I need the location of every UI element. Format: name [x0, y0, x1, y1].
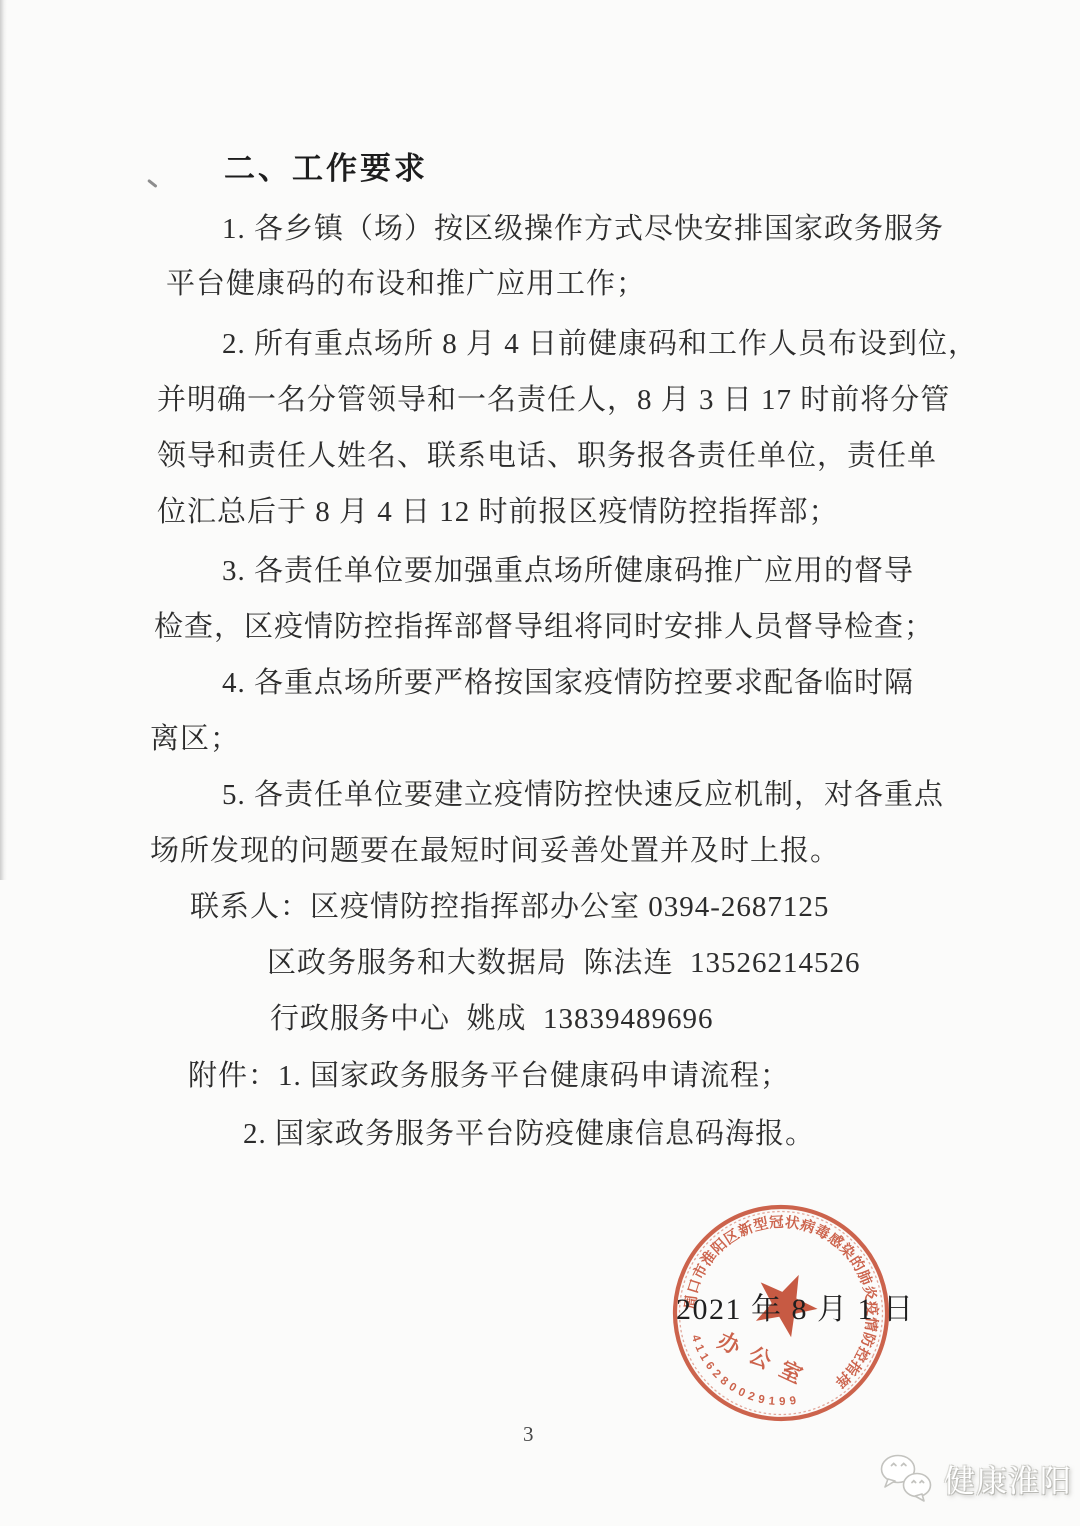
body-line: 平台健康码的布设和推广应用工作； [166, 261, 646, 302]
wechat-icon [878, 1452, 936, 1504]
section-heading: 二、工作要求 [224, 143, 428, 188]
body-line: 5. 各责任单位要建立疫情防控快速反应机制，对各重点 [222, 772, 944, 813]
scan-artifact-line [0, 0, 7, 880]
attachment-line: 附件：1. 国家政务服务平台健康码申请流程； [188, 1053, 790, 1094]
contact-line: 联系人：区疫情防控指挥部办公室 0394-2687125 [190, 884, 829, 925]
body-line: 位汇总后于 8 月 4 日 12 时前报区疫情防控指挥部； [157, 489, 839, 530]
body-line: 离区； [150, 716, 240, 757]
attachment-line: 2. 国家政务服务平台防疫健康信息码海报。 [243, 1111, 815, 1152]
body-line: 检查，区疫情防控指挥部督导组将同时安排人员督导检查； [154, 604, 934, 645]
body-line: 场所发现的问题要在最短时间妥善处置并及时上报。 [150, 828, 840, 869]
watermark: 健康淮阳 [878, 1452, 1072, 1504]
document-page: 二、工作要求 1. 各乡镇（场）按区级操作方式尽快安排国家政务服务 平台健康码的… [0, 0, 1080, 1526]
body-line: 领导和责任人姓名、联系电话、职务报各责任单位，责任单 [157, 433, 937, 474]
contact-line: 区政务服务和大数据局 陈法连 13526214526 [267, 940, 861, 981]
body-line: 2. 所有重点场所 8 月 4 日前健康码和工作人员布设到位， [222, 321, 978, 362]
body-line: 3. 各责任单位要加强重点场所健康码推广应用的督导 [222, 548, 914, 589]
contact-line: 行政服务中心 姚成 13839489696 [270, 996, 714, 1037]
body-line: 并明确一名分管领导和一名责任人，8 月 3 日 17 时前将分管 [157, 377, 950, 418]
issue-date: 2021 年 8 月 1 日 [676, 1284, 915, 1328]
stray-mark [147, 179, 157, 188]
page-number: 3 [523, 1422, 534, 1447]
body-line: 4. 各重点场所要严格按国家疫情防控要求配备临时隔 [222, 660, 914, 701]
body-line: 1. 各乡镇（场）按区级操作方式尽快安排国家政务服务 [222, 206, 944, 247]
watermark-label: 健康淮阳 [944, 1456, 1072, 1501]
